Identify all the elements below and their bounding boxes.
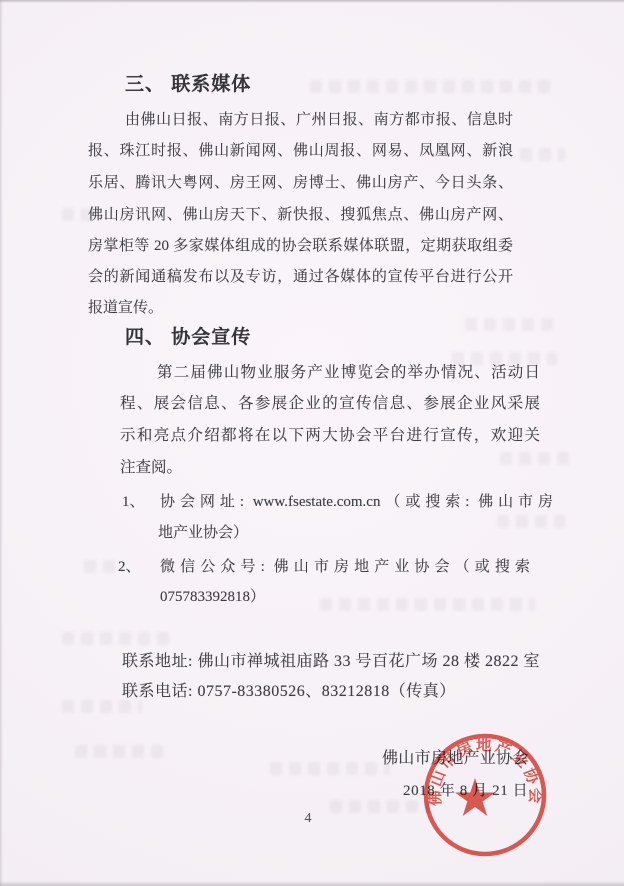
bleed-through-artifact: [497, 515, 565, 528]
contact-address: 联系地址: 佛山市禅城祖庙路 33 号百花广场 28 楼 2822 室: [122, 648, 540, 676]
list-item-2-marker: 2、: [118, 553, 141, 581]
promo-paragraph-line: 第二届佛山物业服务产业博览会的举办情况、活动日: [120, 359, 540, 387]
promo-paragraph-line: 示和亮点介绍都将在以下两大协会平台进行宣传，欢迎关: [120, 422, 540, 450]
seal-star-icon: [455, 778, 495, 816]
website-line-1: 协会网址: www.fsestate.com.cn（或搜索: 佛山市房: [160, 488, 553, 516]
wechat-line-2: 075783392818）: [160, 583, 265, 611]
media-paragraph-line: 报、珠江时报、佛山新闻网、佛山周报、网易、凤凰网、新浪: [88, 137, 513, 165]
contact-phone: 联系电话: 0757-83380526、83212818（传真）: [122, 678, 456, 706]
document-page: 三、 联系媒体 由佛山日报、南方日报、广州日报、南方都市报、信息时 报、珠江时报…: [0, 0, 624, 886]
bleed-through-artifact: [310, 80, 555, 93]
scan-edge-top: [0, 0, 624, 3]
scan-edge-bottom: [0, 881, 624, 886]
media-paragraph-line: 房掌柜等 20 多家媒体组成的协会联系媒体联盟，定期获取组委: [88, 232, 513, 260]
promo-paragraph-line: 程、展会信息、各参展企业的宣传信息、参展企业风采展: [120, 390, 540, 418]
page-number: 4: [284, 805, 332, 833]
section-promo-heading: 四、 协会宣传: [125, 324, 251, 352]
bleed-through-artifact: [62, 632, 172, 645]
list-item-1-marker: 1、: [122, 488, 145, 516]
bleed-through-artifact: [520, 148, 565, 161]
media-paragraph-line: 乐居、腾讯大粤网、房王网、房博士、佛山房产、今日头条、: [88, 169, 513, 197]
wechat-line-1: 微信公众号: 佛山市房地产业协会（或搜索: [160, 553, 530, 581]
website-line-2: 地产业协会）: [158, 519, 248, 547]
promo-paragraph-line: 注查阅。: [120, 454, 540, 482]
official-seal: 佛山市房地产业协会: [418, 728, 552, 862]
bleed-through-artifact: [320, 598, 535, 611]
bleed-through-artifact: [270, 762, 390, 775]
scan-edge-left: [0, 0, 3, 886]
bleed-through-artifact: [75, 745, 170, 758]
media-paragraph-line: 报道宣传。: [88, 294, 513, 322]
media-paragraph-line: 佛山房讯网、佛山房天下、新快报、搜狐焦点、佛山房产网、: [88, 201, 513, 229]
media-paragraph-line: 由佛山日报、南方日报、广州日报、南方都市报、信息时: [88, 106, 513, 134]
media-paragraph-line: 会的新闻通稿发布以及专访，通过各媒体的宣传平台进行公开: [88, 263, 513, 291]
section-media-heading: 三、 联系媒体: [125, 71, 251, 99]
